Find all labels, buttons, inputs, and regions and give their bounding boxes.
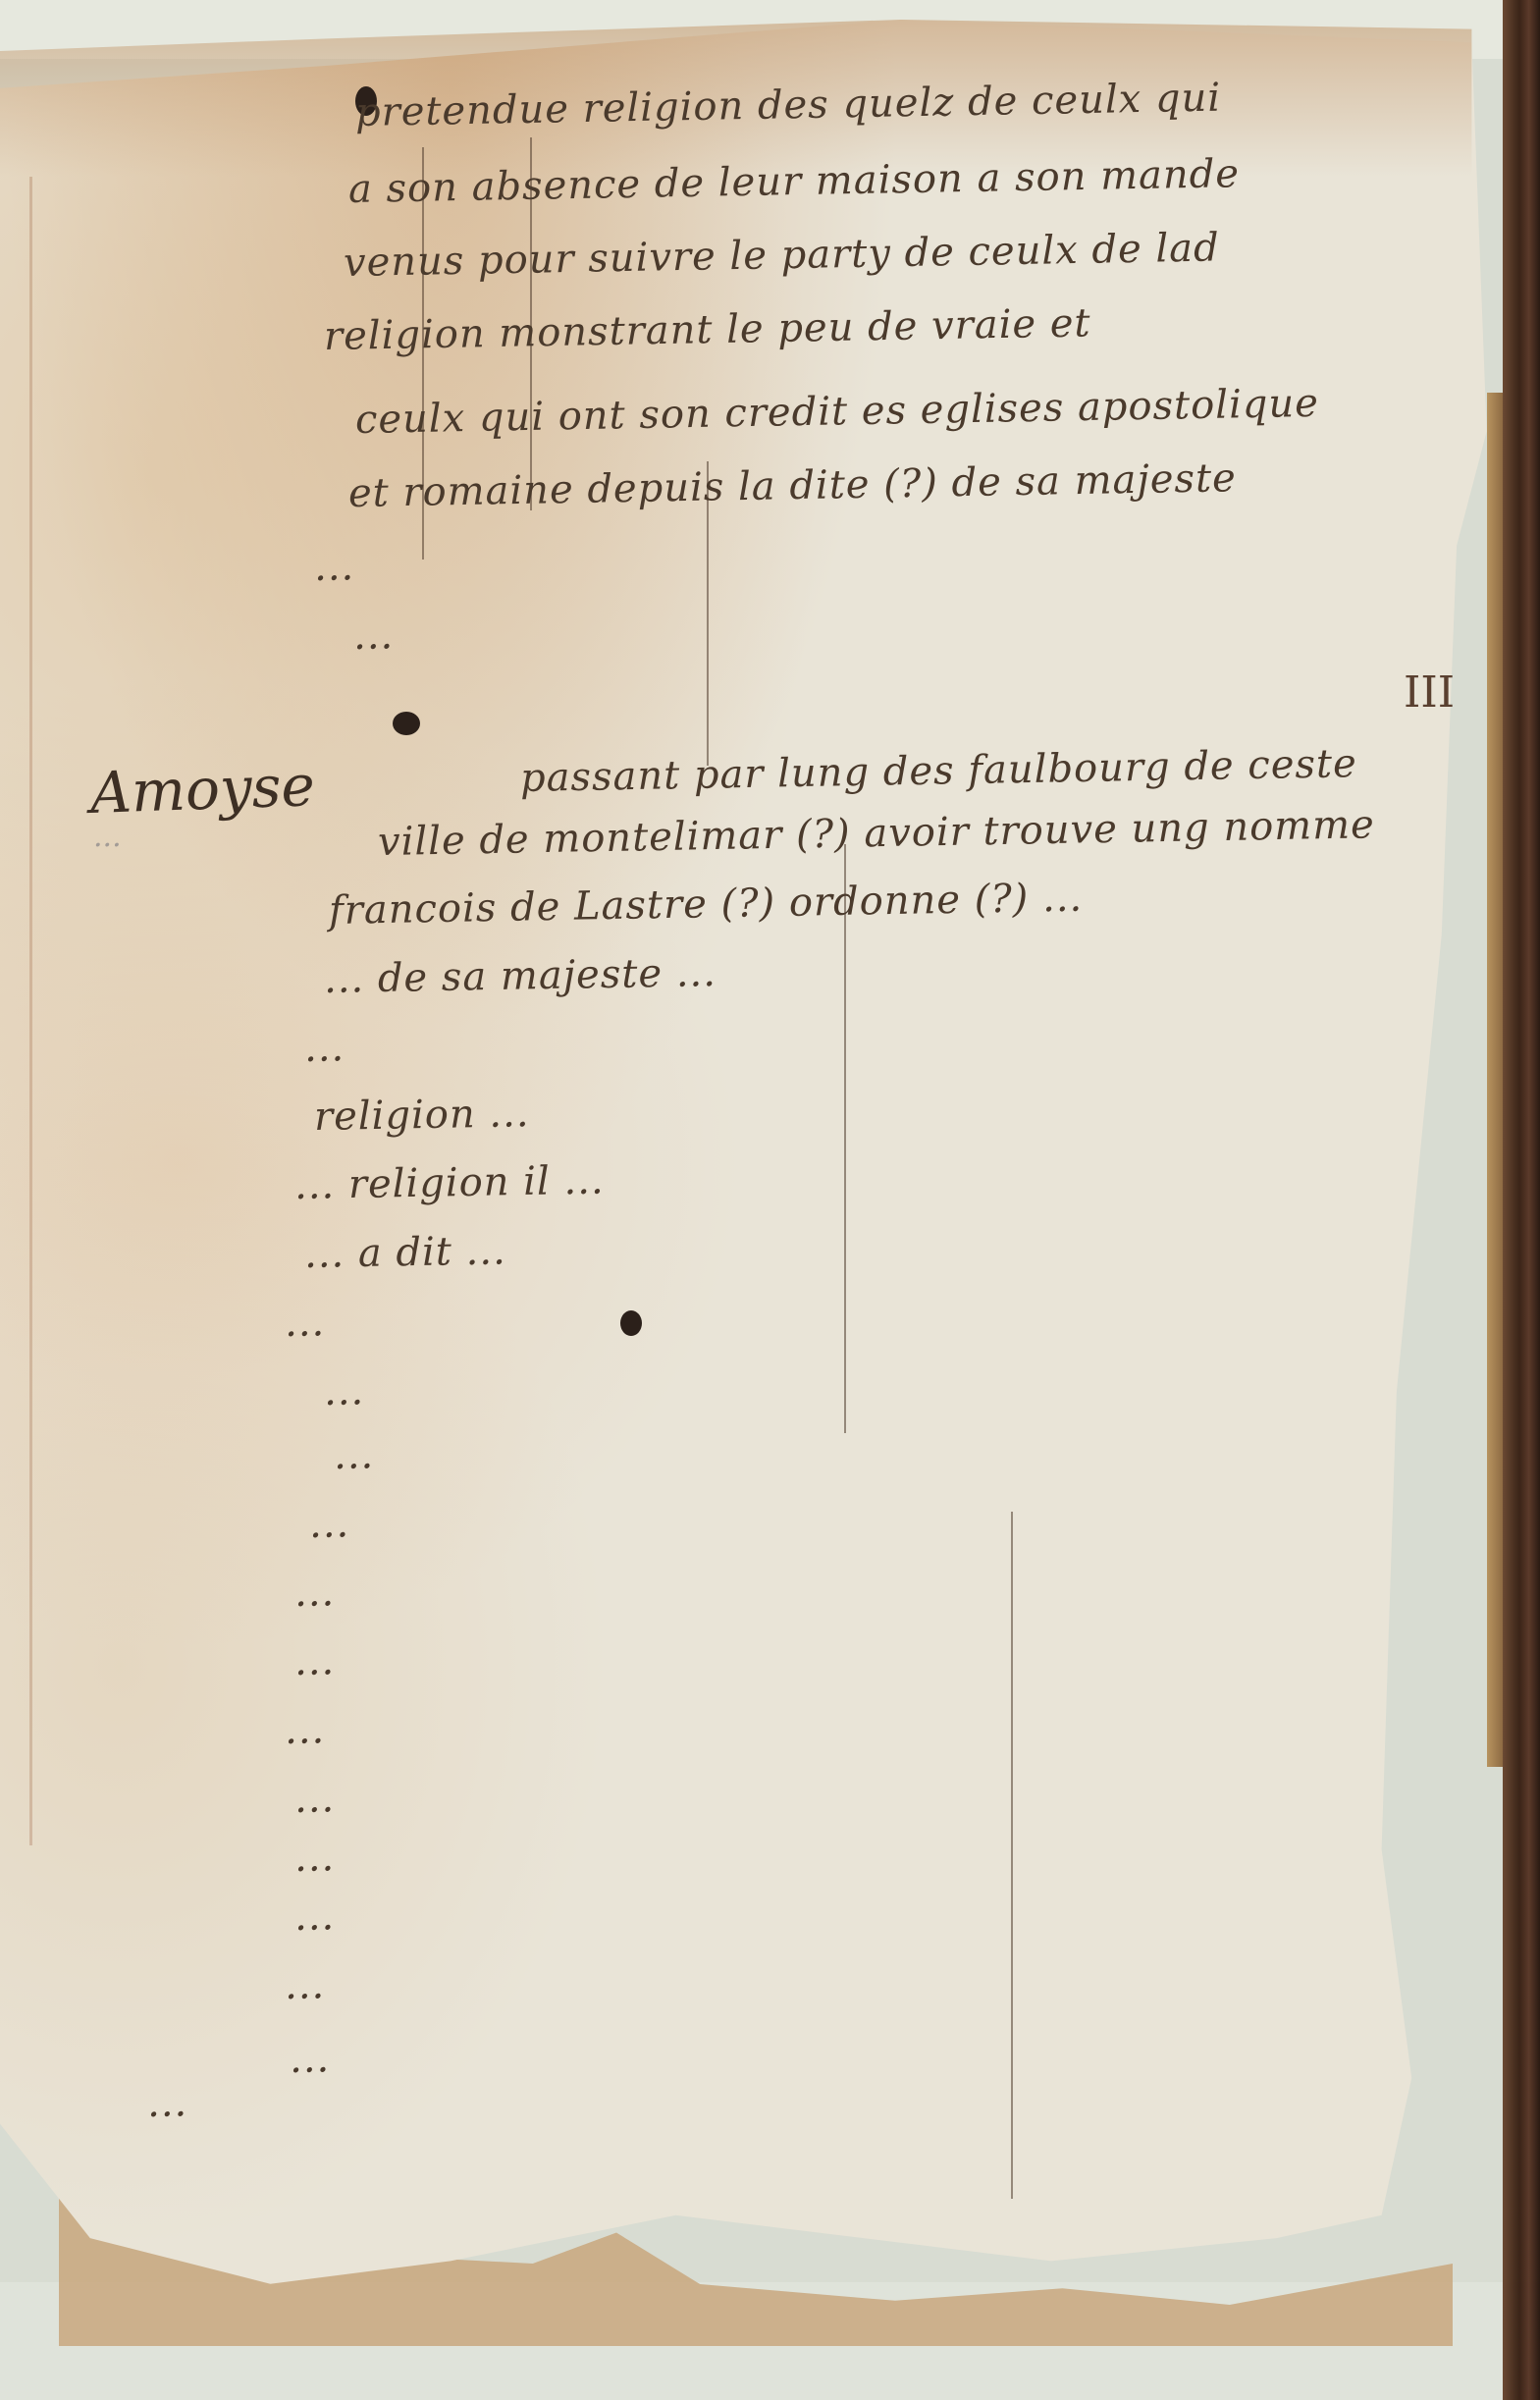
- text-line: ...: [294, 1776, 336, 1822]
- text-line: ...: [285, 1962, 326, 2008]
- book-binding: [1503, 0, 1540, 2400]
- marginal-heading: Amoyse: [89, 752, 316, 827]
- text-line: ...: [334, 1432, 375, 1478]
- manuscript-page: [0, 20, 1502, 2307]
- marginal-faint-note: ...: [93, 820, 122, 854]
- pen-flourish: [844, 844, 846, 1433]
- margin-rule: [29, 177, 32, 1845]
- pen-flourish: [1011, 1512, 1013, 2199]
- text-line: ...: [290, 2036, 331, 2082]
- ink-blot: [620, 1310, 642, 1336]
- text-line: ... de sa majeste ...: [324, 950, 717, 1002]
- text-line: ...: [147, 2080, 188, 2126]
- text-line: ... religion il ...: [294, 1157, 605, 1208]
- text-line: ...: [353, 613, 395, 659]
- tally-mark: III: [1404, 667, 1455, 718]
- text-line: ...: [314, 544, 355, 590]
- ink-blot: [393, 712, 420, 735]
- text-line: ...: [309, 1501, 350, 1547]
- text-line: ... a dit ...: [304, 1228, 507, 1277]
- text-line: ...: [294, 1893, 336, 1940]
- text-line: religion ...: [314, 1091, 530, 1140]
- text-line: ...: [294, 1835, 336, 1881]
- binding-strip: [1487, 393, 1503, 1767]
- text-line: ...: [324, 1368, 365, 1414]
- text-line: ...: [285, 1707, 326, 1753]
- text-line: ...: [285, 1300, 326, 1346]
- text-line: ...: [294, 1570, 336, 1616]
- text-line: ...: [294, 1638, 336, 1684]
- text-line: ...: [304, 1025, 345, 1071]
